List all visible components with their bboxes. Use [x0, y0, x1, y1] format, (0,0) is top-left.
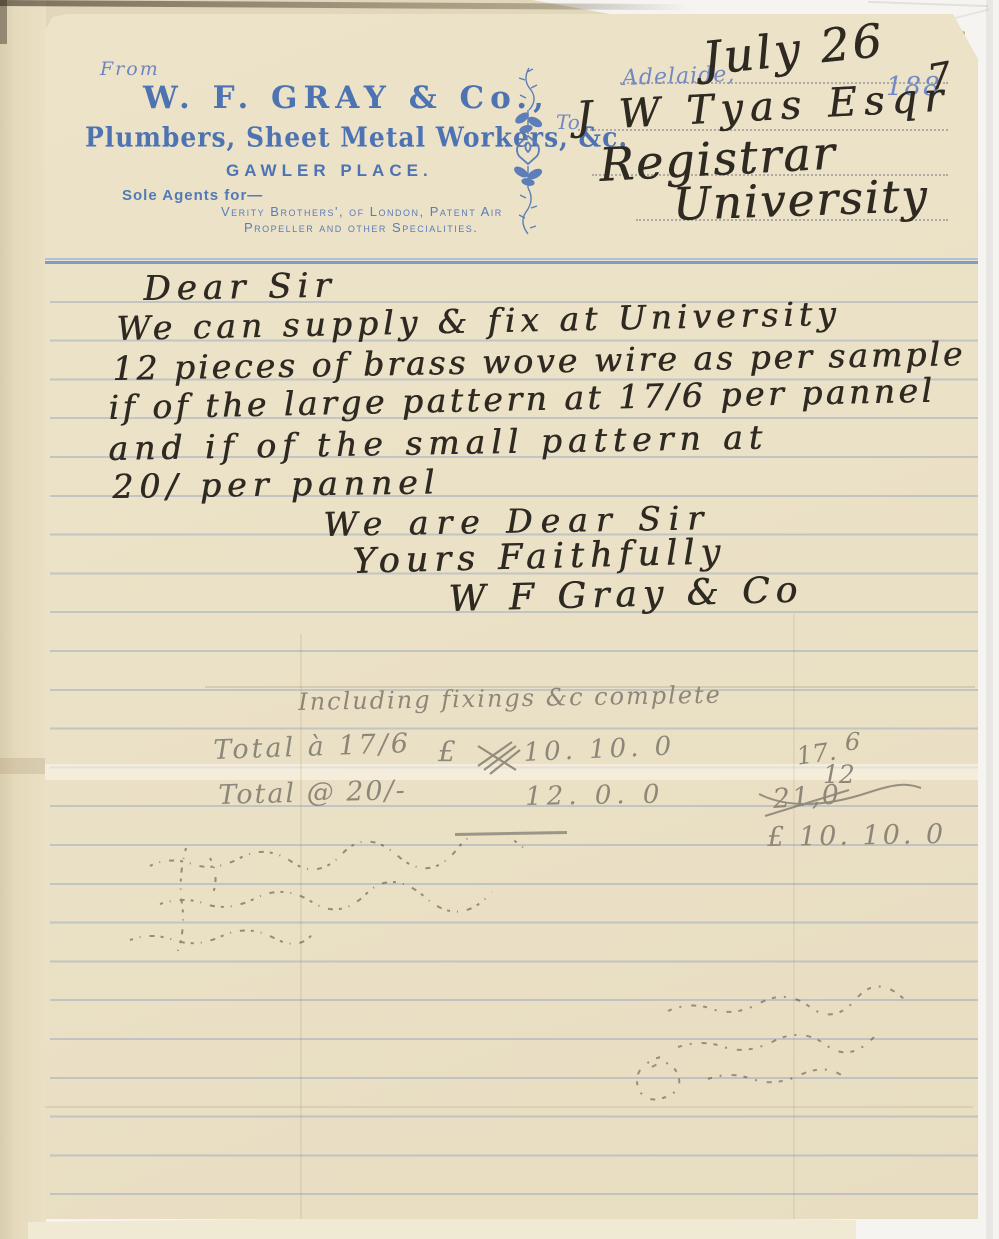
agents-label: Sole Agents for—: [122, 187, 263, 204]
pencil-currency: £: [438, 738, 456, 766]
agents-line-1: Verity Brothers', of London, Patent Air: [221, 204, 503, 219]
header-rule-thin: [45, 258, 978, 260]
pencil-total-row-amount: 12. 0. 0: [525, 782, 665, 810]
company-name: W. F. GRAY & Co.,: [143, 80, 463, 116]
letterhead-from-label: From: [100, 58, 160, 80]
pencil-total-row-label: Total à 17/6: [213, 730, 411, 764]
pencil-calc-result: £ 10. 10. 0: [767, 821, 946, 851]
address-line: GAWLER PLACE.: [226, 161, 433, 181]
pencil-heading: Including fixings &c complete: [298, 683, 722, 714]
scan-edge-band: [986, 0, 993, 1239]
pencil-total-row-amount: 10. 10. 0: [523, 733, 676, 766]
floral-ornament-icon: [505, 66, 551, 238]
pencil-calc-rate-pence: 6: [845, 730, 860, 754]
letter-sheet: From W. F. GRAY & Co., Plumbers, Sheet M…: [45, 14, 978, 1219]
recipient-institution: University: [672, 173, 929, 227]
header-rule: [45, 261, 978, 264]
scan-streak: [868, 1, 988, 7]
signature: W F Gray & Co: [448, 573, 804, 618]
salutation: Dear Sir: [143, 269, 337, 306]
handwritten-date: July 26: [700, 17, 887, 82]
corner-shadow: [0, 0, 7, 44]
pencil-scribble: [470, 734, 524, 780]
trade-line: Plumbers, Sheet Metal Workers, &c.: [85, 122, 515, 153]
fold-crease: [793, 614, 795, 1219]
scan-background: { "letterhead": { "from_label": "From", …: [0, 0, 999, 1239]
agents-line-2: Propeller and other Specialities.: [244, 220, 478, 235]
backing-sheet-left: [0, 0, 46, 1239]
fold-shadow: [0, 758, 46, 774]
pencil-total-row-label: Total @ 20/-: [218, 777, 407, 809]
pencil-calc-product: 21,0: [772, 781, 842, 813]
body-line: 20/ per pannel: [112, 465, 440, 503]
bleed-through-marks: [598, 985, 923, 1125]
bleed-through-marks: [90, 838, 565, 973]
